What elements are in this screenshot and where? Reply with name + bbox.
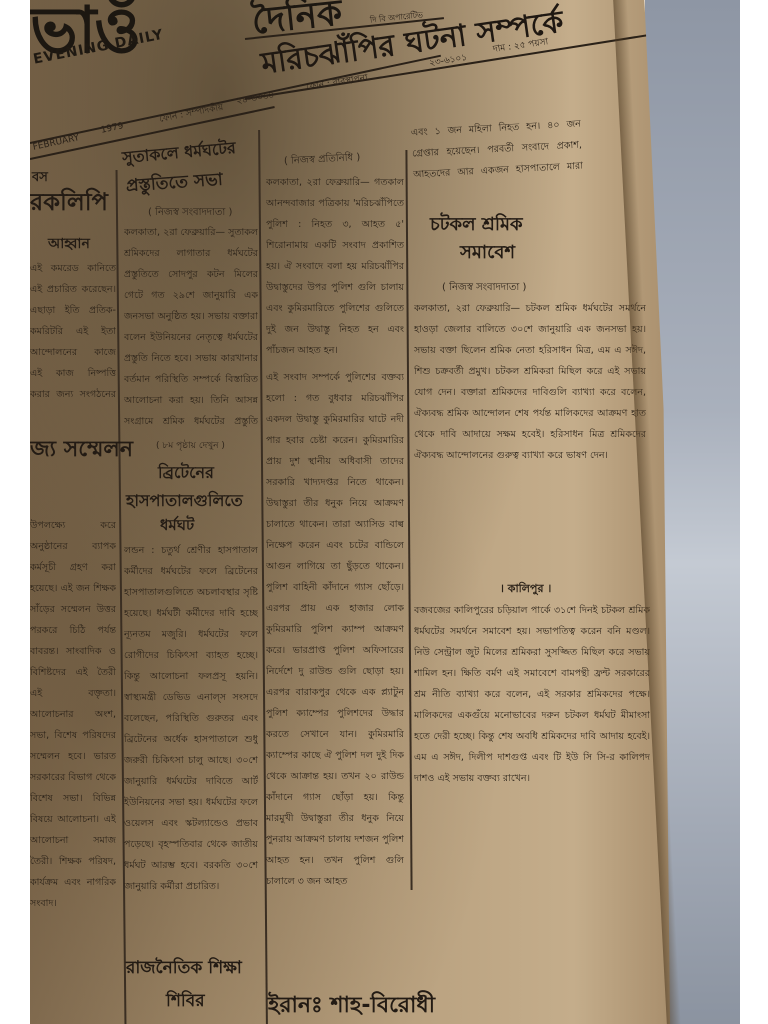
middle-headline-line2: প্রস্তুতিতে সভা [125,167,224,202]
left-subhead: আহ্বান [48,232,90,256]
left-column-text-2: উপলক্ষ্যে করে অনুষ্ঠানের ব্যাপক কর্মসূচী… [30,515,116,1024]
phone-number: ২৪-৬৩৬৪ [235,87,275,108]
page-margin-right [740,0,768,1024]
paragraph: উপলক্ষ্যে করে অনুষ্ঠানের ব্যাপক কর্মসূচী… [30,515,116,914]
britain-headline-line1: ব্রিটেনের [158,460,214,487]
jute-headline-line2: সমাবেশ [460,238,515,269]
main-byline: ( নিজস্ব প্রতিনিধি ) [284,150,361,171]
paragraph: এবং ১ জন মহিলা নিহত হন। ৪০ জন গ্রেপ্তার … [410,114,583,187]
paragraph: এই কমরেড কানিতে এই প্রচারিত করেছেন। এছাড… [30,258,116,408]
britain-headline-line2: হাসপাতালগুলিতে [126,488,243,515]
paragraph: বজবজের কালিপুরের চড়িয়াল পার্কে ৩১শে দি… [414,600,650,789]
paragraph: কলকাতা, ২রা ফেব্রুয়ারি— সুতাকল শ্রমিকদে… [124,222,258,432]
paragraph: কলকাতা, ২রা ফেব্রুয়ারি— গতকাল আনন্দবাজা… [266,172,404,361]
continued-note: ( ৮ম পৃষ্ঠায় দেখুন ) [156,438,225,453]
date-year: 1979 [100,121,124,136]
kalipur-label: । কালিপুর । [500,580,551,599]
kalipur-story-text: বজবজের কালিপুরের চড়িয়াল পার্কে ৩১শে দি… [414,600,650,1012]
column-divider [405,150,412,890]
left-headline-2: জ্য সম্মেলন [30,432,133,469]
page-margin-left [0,0,30,1024]
main-story-text: কলকাতা, ২রা ফেব্রুয়ারি— গতকাল আনন্দবাজা… [266,172,404,952]
jute-story-text: কলকাতা, ২রা ফেব্রুয়ারি— চটকল শ্রমিক ধর্… [414,298,646,570]
middle-column-text: কলকাতা, ২রা ফেব্রুয়ারি— সুতাকল শ্রমিকদে… [124,222,258,432]
jute-headline-line1: চটকল শ্রমিক [430,210,523,241]
right-intro-text: এবং ১ জন মহিলা নিহত হন। ৪০ জন গ্রেপ্তার … [410,114,583,187]
left-headline: রকলিপি [30,184,108,224]
middle-byline: ( নিজস্ব সংবাদদাতা ) [148,205,232,222]
paragraph: কলকাতা, ২রা ফেব্রুয়ারি— চটকল শ্রমিক ধর্… [414,298,646,466]
political-camp-headline-line2: শিবির [166,988,205,1016]
jute-byline: ( নিজস্ব সংবাদদাতা ) [442,280,526,297]
britain-story-text: লন্ডন : চতুর্থ শ্রেণীর হাসপাতাল কর্মীদের… [124,540,258,950]
paragraph: এই সংবাদ সম্পর্কে পুলিশের বক্তব্য হলো : … [266,367,404,892]
political-camp-headline-line1: রাজনৈতিক শিক্ষা [126,955,242,983]
newspaper-page: ভাওঁ EVENING DAILY দৈনিক দি বি অপারেটিভ … [30,0,670,1024]
left-column-text: এই কমরেড কানিতে এই প্রচারিত করেছেন। এছাড… [30,258,116,408]
paragraph: লন্ডন : চতুর্থ শ্রেণীর হাসপাতাল কর্মীদের… [124,540,258,897]
britain-headline-line3: ধর্মঘট [160,514,194,539]
iran-headline: ইরানঃ শাহ-বিরোধী [268,988,435,1024]
